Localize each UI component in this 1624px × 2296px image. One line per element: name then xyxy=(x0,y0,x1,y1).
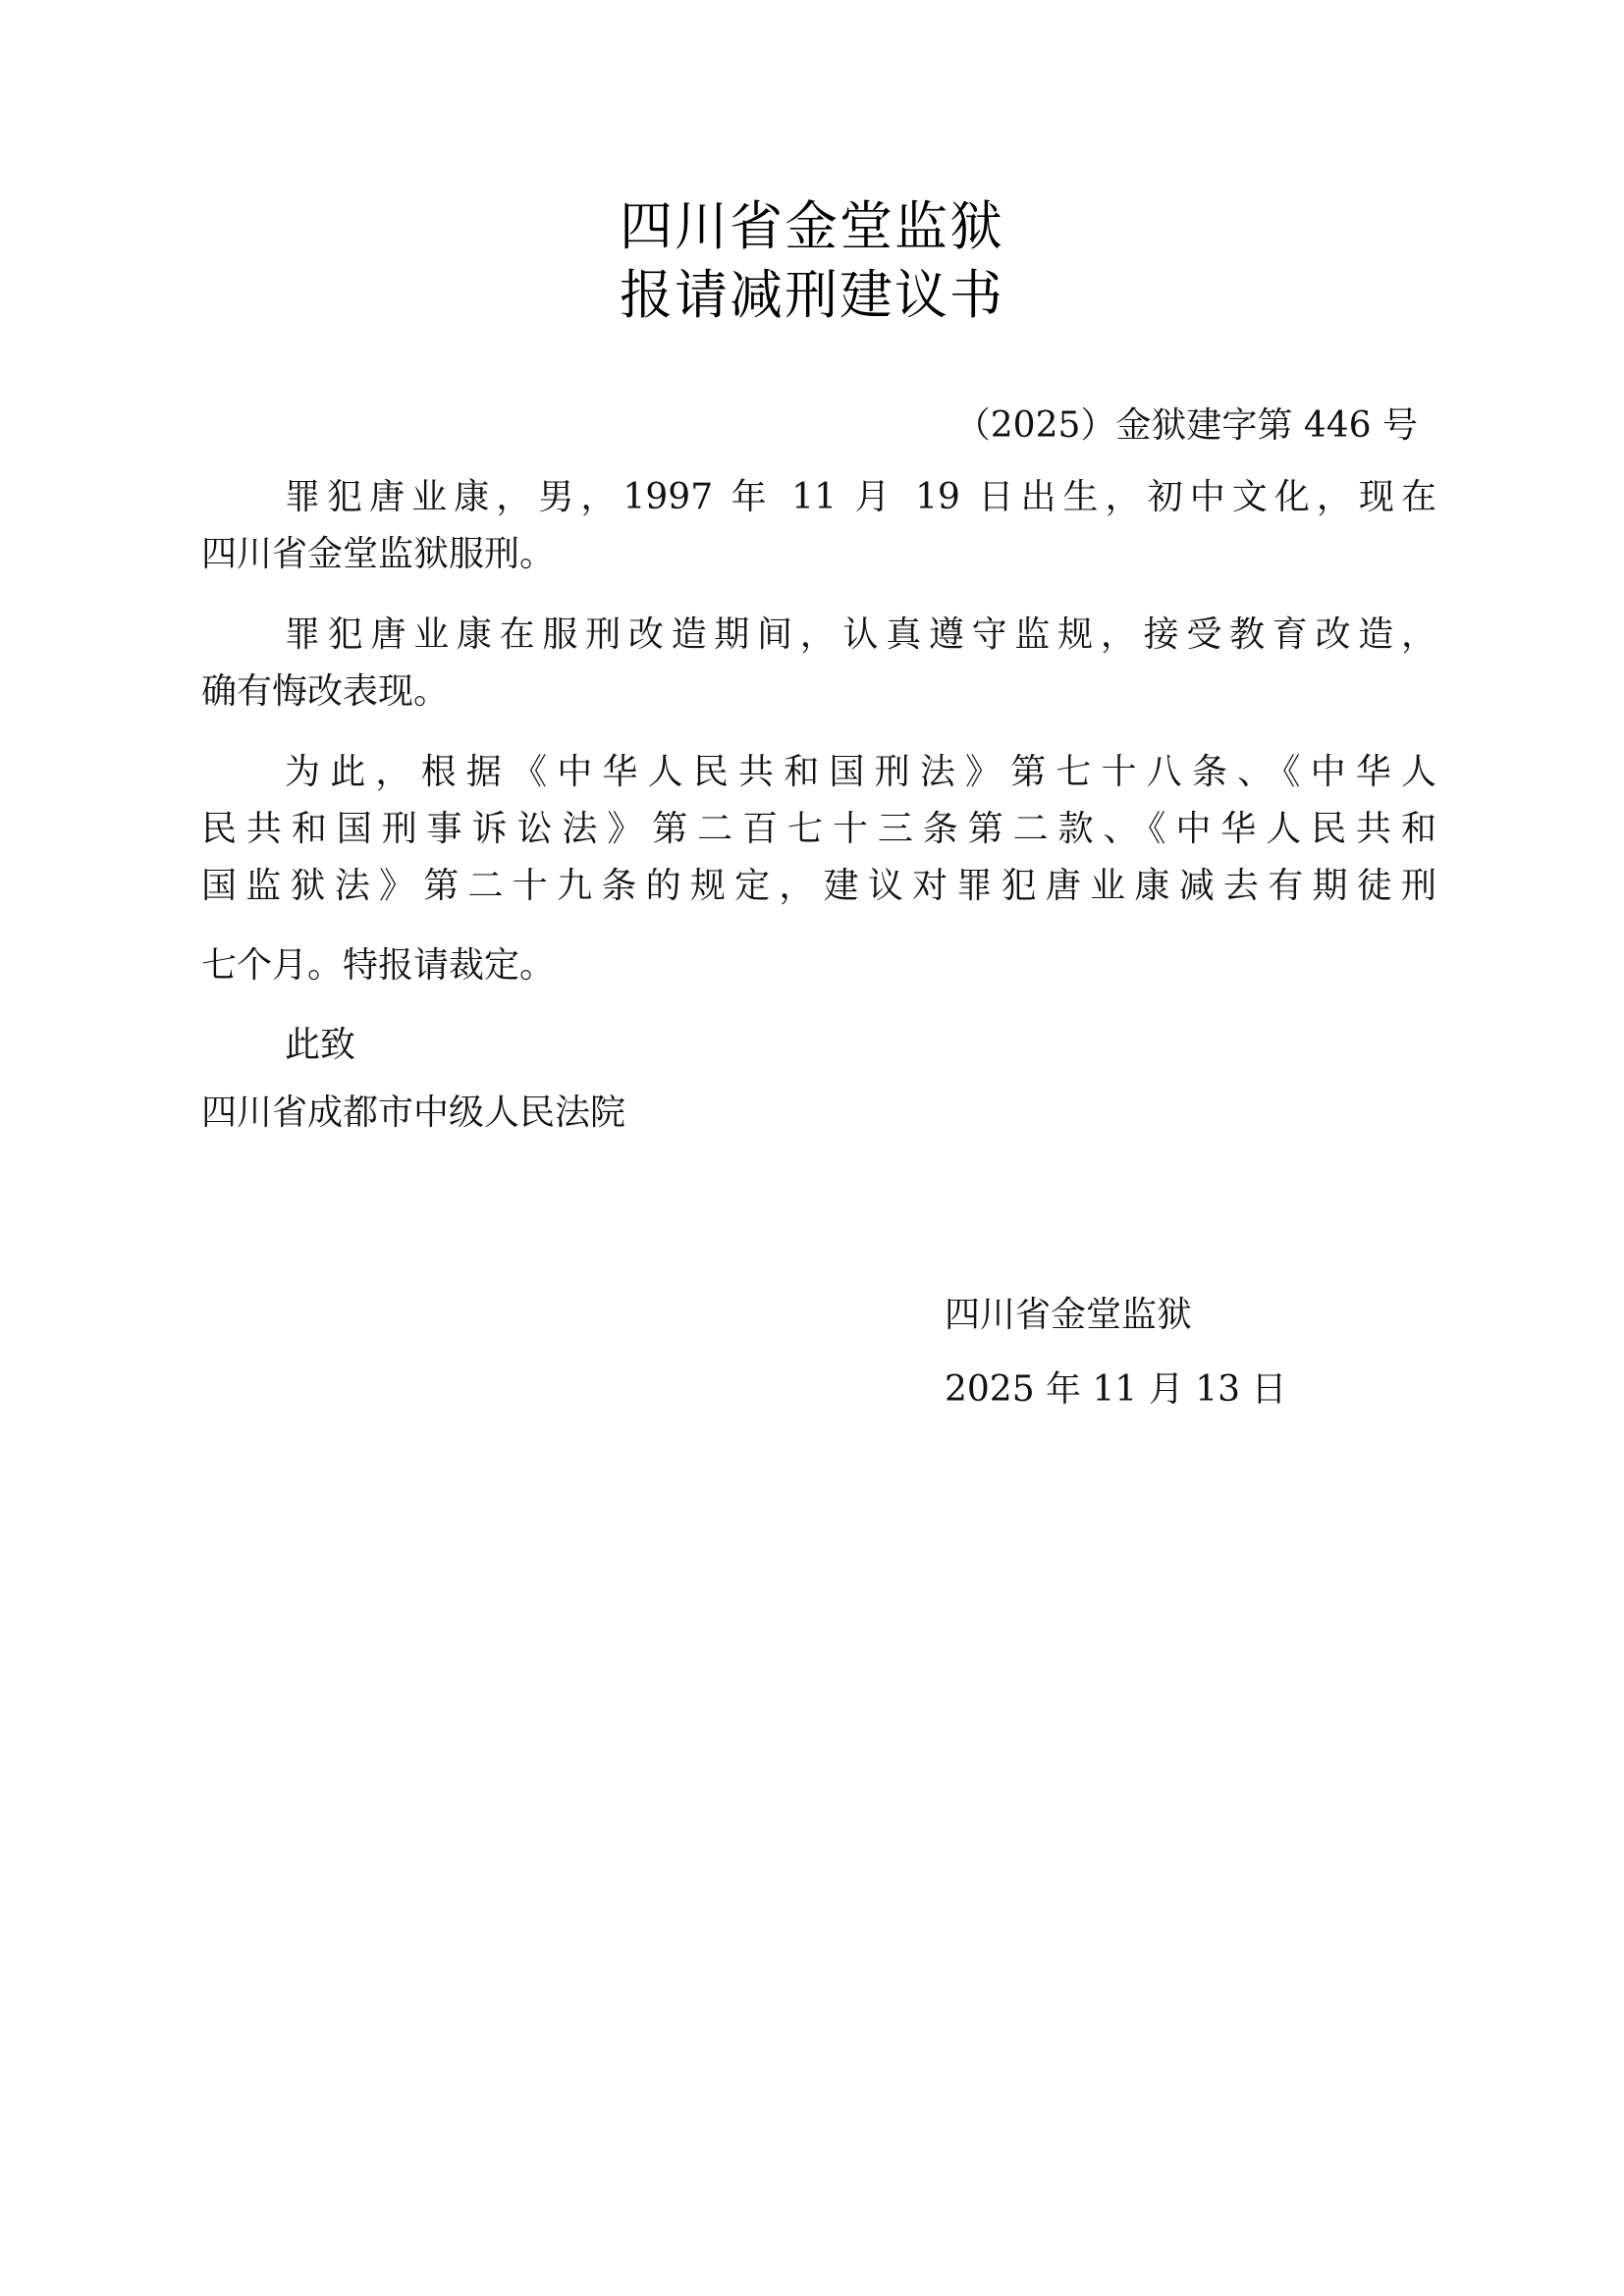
paragraph-2-line-1: 罪犯唐业康在服刑改造期间，认真遵守监规，接受教育改造， xyxy=(285,614,1436,657)
document-title-line1: 四川省金堂监狱 xyxy=(0,194,1624,259)
paragraph-3-line-3: 国监狱法》第二十九条的规定，建议对罪犯唐业康减去有期徒刑 xyxy=(201,865,1436,908)
paragraph-3-line-4: 七个月。特报请裁定。 xyxy=(201,944,555,988)
paragraph-3-line-2: 民共和国刑事诉讼法》第二百七十三条第二款、《中华人民共和 xyxy=(201,808,1436,851)
paragraph-1-line-1: 罪犯唐业康，男，1997 年 11 月 19 日出生，初中文化，现在 xyxy=(285,476,1436,519)
salutation: 此致 xyxy=(285,1024,355,1067)
recipient: 四川省成都市中级人民法院 xyxy=(201,1092,625,1135)
document-page: 四川省金堂监狱 报请减刑建议书 （2025）金狱建字第 446 号 罪犯唐业康，… xyxy=(0,0,1624,2296)
paragraph-3-line-1: 为此，根据《中华人民共和国刑法》第七十八条、《中华人 xyxy=(285,751,1436,794)
document-number: （2025）金狱建字第 446 号 xyxy=(955,404,1418,448)
signature-date: 2025 年 11 月 13 日 xyxy=(945,1368,1286,1412)
document-title-line2: 报请减刑建议书 xyxy=(0,263,1624,328)
signature-organization: 四川省金堂监狱 xyxy=(945,1294,1192,1337)
paragraph-2-line-2: 确有悔改表现。 xyxy=(201,670,449,714)
paragraph-1-line-2: 四川省金堂监狱服刑。 xyxy=(201,533,555,576)
